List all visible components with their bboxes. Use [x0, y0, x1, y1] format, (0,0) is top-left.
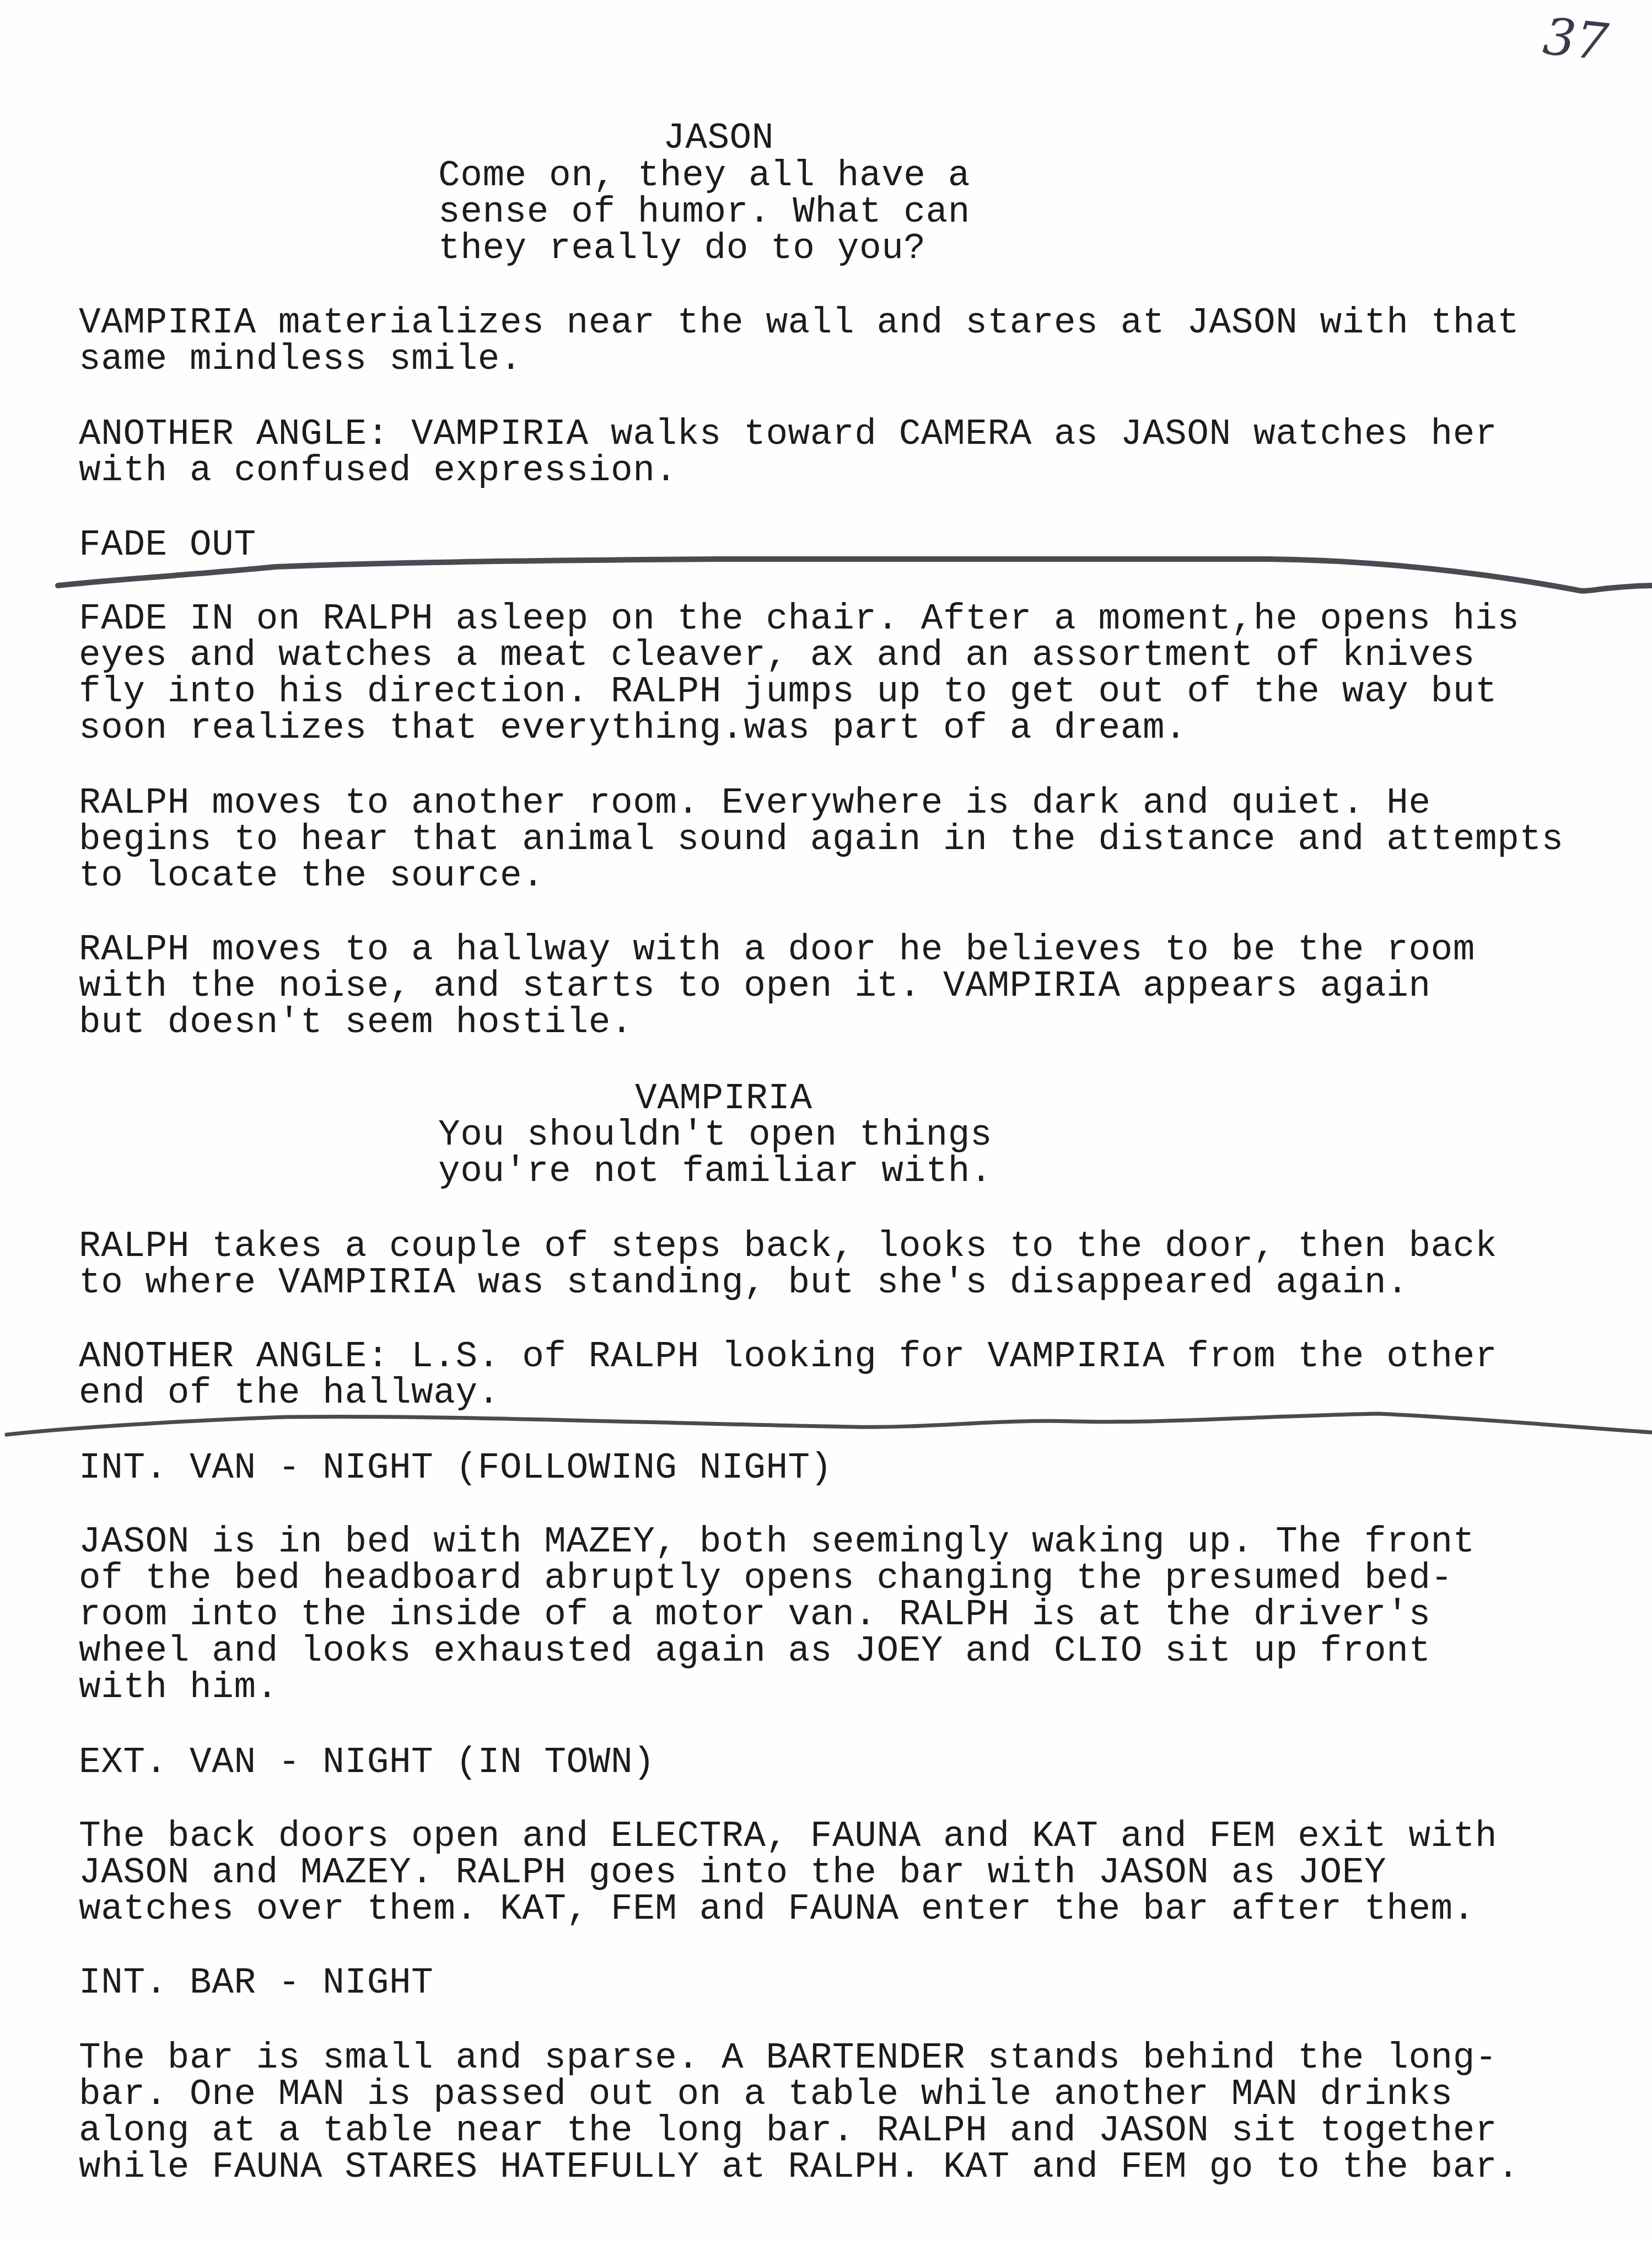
action-line: fly into his direction. RALPH jumps up t…: [79, 674, 1497, 710]
action-line: to where VAMPIRIA was standing, but she'…: [79, 1265, 1408, 1301]
action-line: FADE IN on RALPH asleep on the chair. Af…: [79, 601, 1519, 637]
character-name: JASON: [663, 120, 774, 157]
action-line: wheel and looks exhausted again as JOEY …: [79, 1633, 1431, 1669]
action-line: of the bed headboard abruptly opens chan…: [79, 1560, 1453, 1597]
action-line: with the noise, and starts to open it. V…: [79, 968, 1431, 1005]
action-line: while FAUNA STARES HATEFULLY at RALPH. K…: [79, 2149, 1519, 2186]
character-name: VAMPIRIA: [635, 1081, 812, 1117]
action-line: RALPH moves to another room. Everywhere …: [79, 785, 1431, 822]
action-line: RALPH takes a couple of steps back, look…: [79, 1228, 1497, 1265]
dialogue-line: sense of humor. What can: [438, 194, 970, 230]
action-line: end of the hallway.: [79, 1375, 500, 1411]
action-line: along at a table near the long bar. RALP…: [79, 2113, 1497, 2149]
action-line: ANOTHER ANGLE: L.S. of RALPH looking for…: [79, 1339, 1497, 1375]
action-line: JASON and MAZEY. RALPH goes into the bar…: [79, 1855, 1386, 1891]
dialogue-line: they really do to you?: [438, 230, 926, 267]
action-line: bar. One MAN is passed out on a table wh…: [79, 2076, 1453, 2113]
action-line: watches over them. KAT, FEM and FAUNA en…: [79, 1891, 1475, 1928]
dialogue-line: You shouldn't open things: [438, 1117, 992, 1153]
action-line: JASON is in bed with MAZEY, both seeming…: [79, 1524, 1475, 1560]
action-line: soon realizes that everything.was part o…: [79, 710, 1187, 747]
action-line: room into the inside of a motor van. RAL…: [79, 1597, 1431, 1633]
action-line: but doesn't seem hostile.: [79, 1005, 633, 1041]
scene-heading: EXT. VAN - NIGHT (IN TOWN): [79, 1744, 655, 1781]
action-line: VAMPIRIA materializes near the wall and …: [79, 305, 1519, 341]
action-line: begins to hear that animal sound again i…: [79, 822, 1564, 858]
page-number: 37: [1541, 7, 1611, 72]
action-line: with him.: [79, 1669, 278, 1706]
action-line: with a confused expression.: [79, 453, 677, 489]
action-line: The back doors open and ELECTRA, FAUNA a…: [79, 1818, 1497, 1855]
action-line: same mindless smile.: [79, 341, 522, 378]
action-line: RALPH moves to a hallway with a door he …: [79, 932, 1475, 968]
action-line: eyes and watches a meat cleaver, ax and …: [79, 637, 1475, 674]
dialogue-line: Come on, they all have a: [438, 158, 970, 194]
action-line: to locate the source.: [79, 858, 544, 894]
scene-heading: INT. BAR - NIGHT: [79, 1965, 433, 2001]
scene-heading: INT. VAN - NIGHT (FOLLOWING NIGHT): [79, 1450, 832, 1486]
script-page: 37 JASON Come on, they all have a sense …: [0, 0, 1652, 2244]
dialogue-line: you're not familiar with.: [438, 1153, 992, 1190]
transition: FADE OUT: [79, 527, 256, 563]
action-line: The bar is small and sparse. A BARTENDER…: [79, 2040, 1497, 2076]
action-line: ANOTHER ANGLE: VAMPIRIA walks toward CAM…: [79, 416, 1497, 453]
